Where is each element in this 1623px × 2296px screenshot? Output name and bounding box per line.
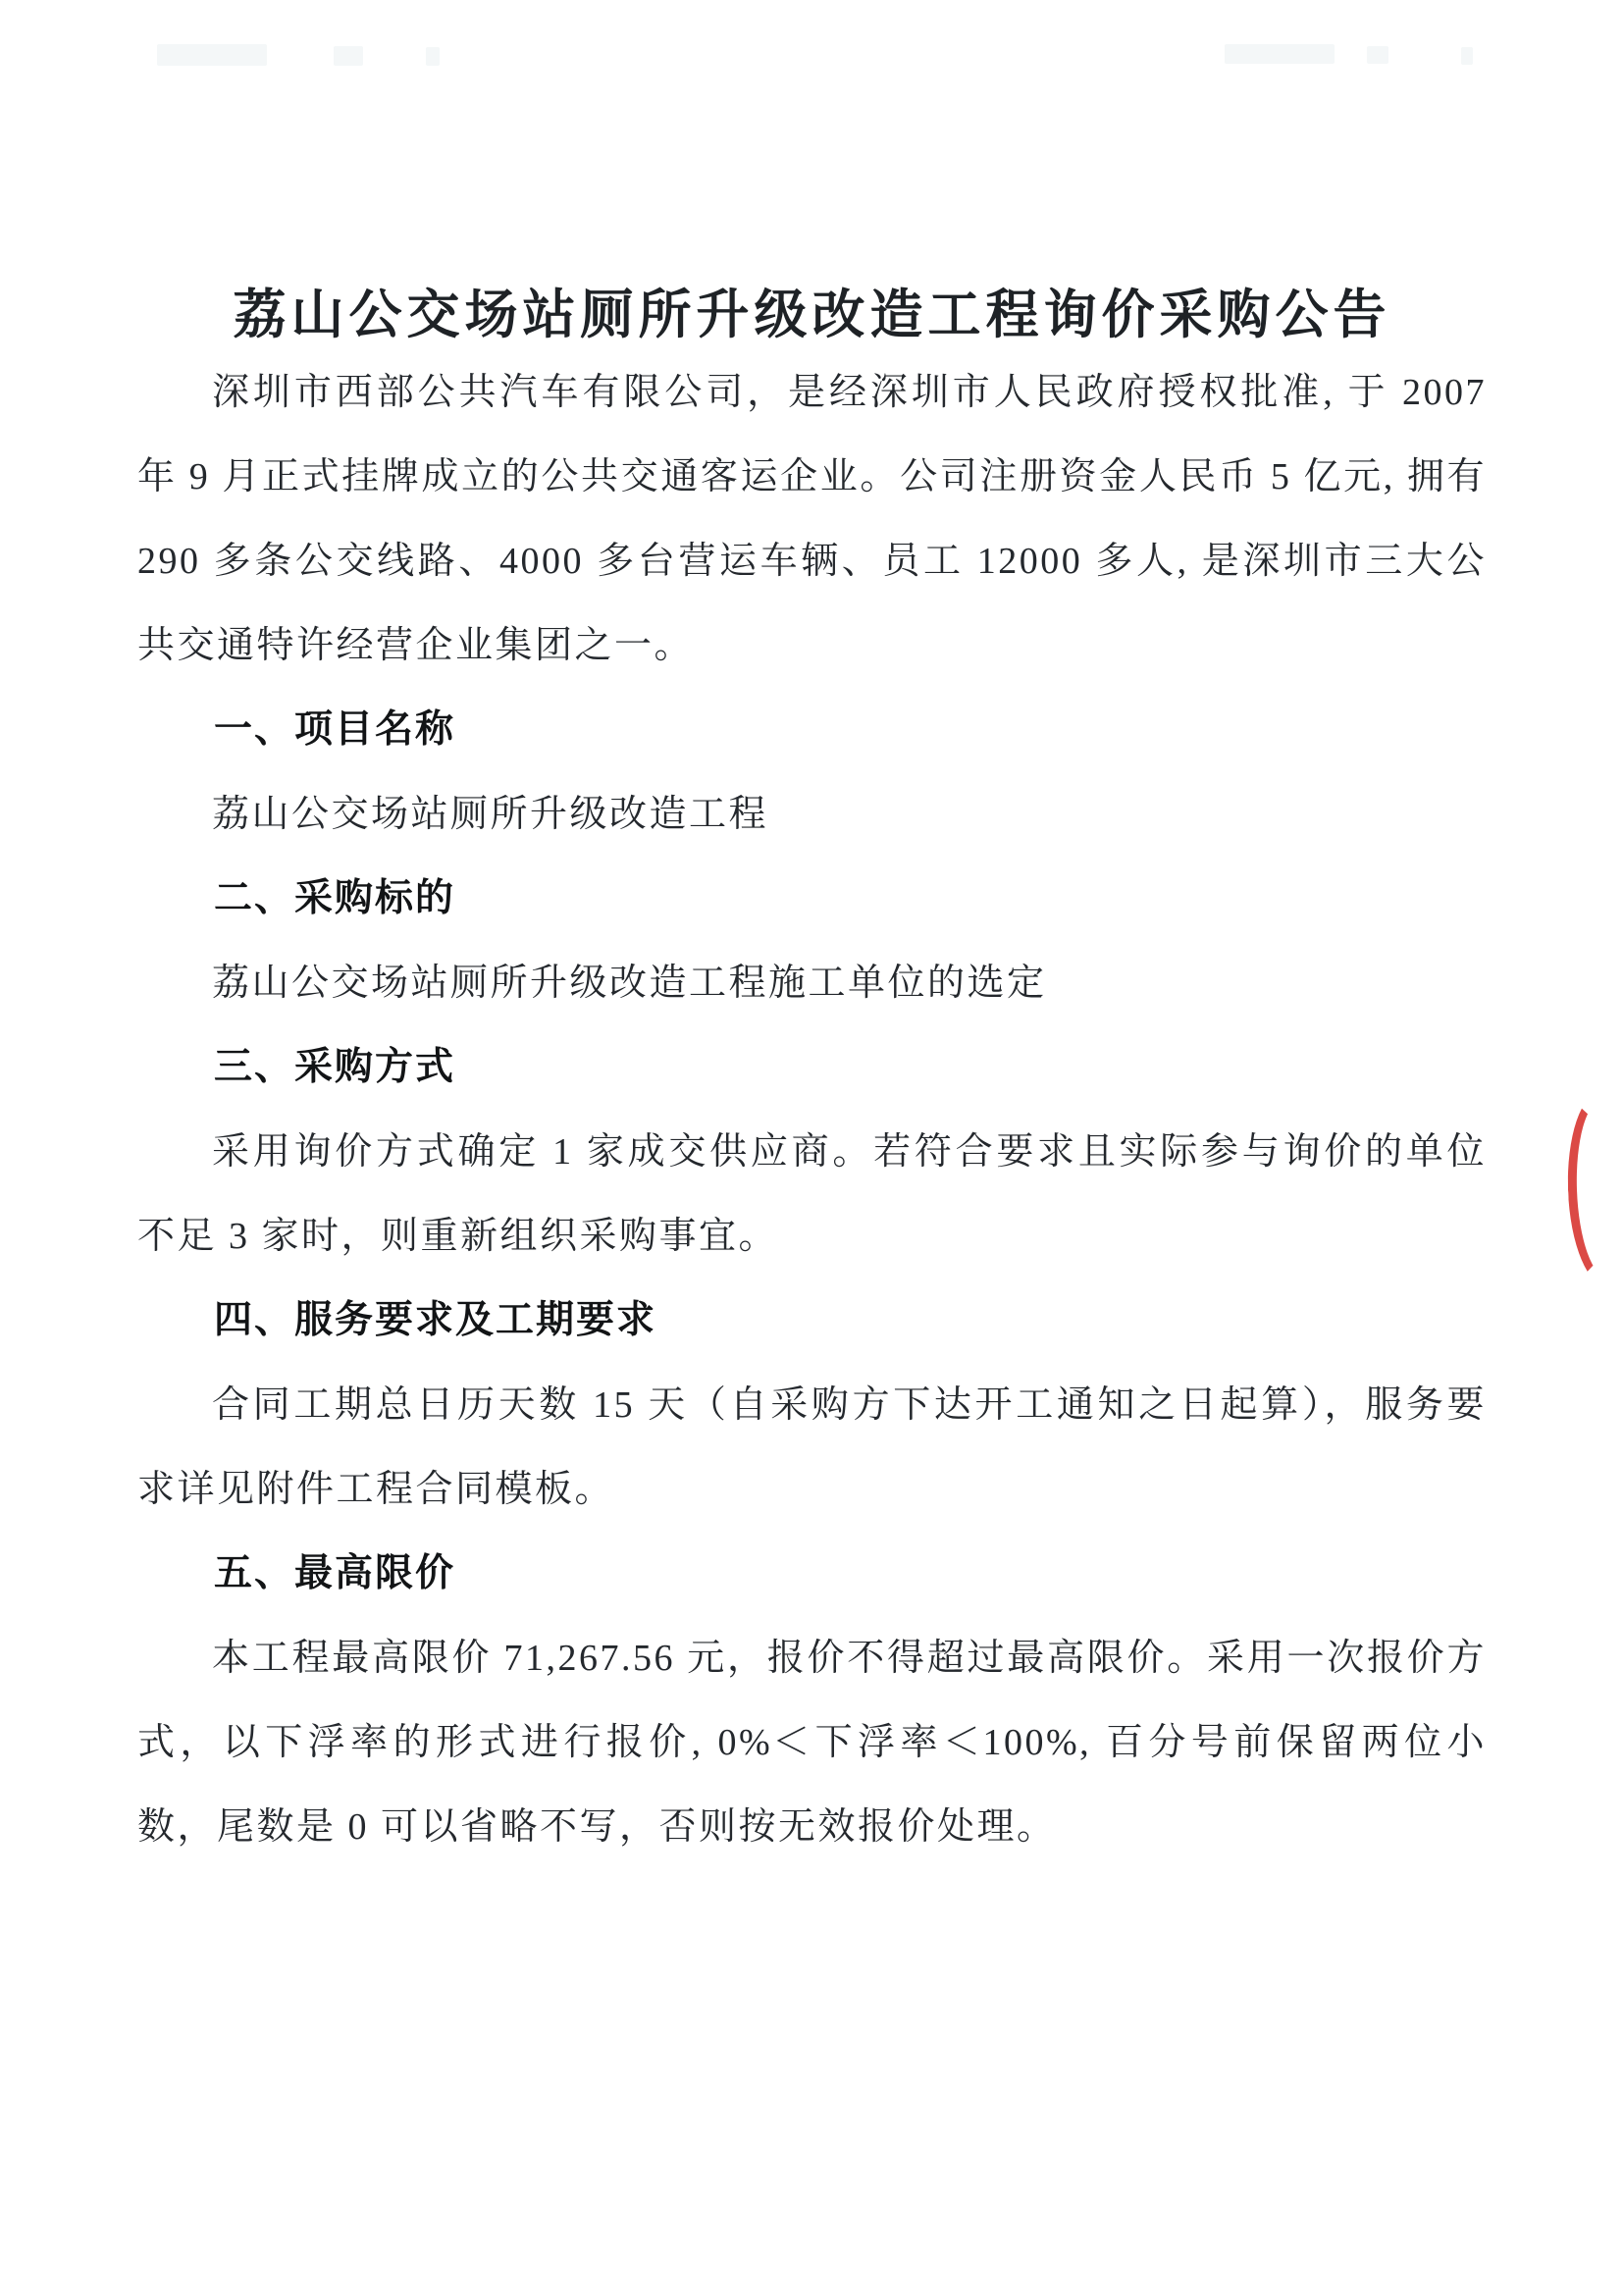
- section-heading-4: 四、服务要求及工期要求: [137, 1278, 1487, 1363]
- scanned-page: 荔山公交场站厕所升级改造工程询价采购公告 深圳市西部公共汽车有限公司，是经深圳市…: [0, 0, 1623, 2296]
- scan-artifact: [1461, 47, 1473, 65]
- section-heading-1: 一、项目名称: [137, 688, 1487, 772]
- section-heading-3: 三、采购方式: [137, 1025, 1487, 1110]
- section-paragraph: 荔山公交场站厕所升级改造工程施工单位的选定: [137, 941, 1487, 1025]
- scan-artifact: [426, 47, 440, 66]
- section-paragraph: 合同工期总日历天数 15 天（自采购方下达开工通知之日起算），服务要求详见附件工…: [137, 1363, 1487, 1532]
- section-paragraph: 采用询价方式确定 1 家成交供应商。若符合要求且实际参与询价的单位不足 3 家时…: [137, 1110, 1487, 1278]
- page-title: 荔山公交场站厕所升级改造工程询价采购公告: [137, 280, 1487, 350]
- scan-artifact: [1367, 46, 1388, 64]
- section-heading-2: 二、采购标的: [137, 857, 1487, 941]
- section-paragraph: 荔山公交场站厕所升级改造工程: [137, 772, 1487, 857]
- intro-paragraph: 深圳市西部公共汽车有限公司，是经深圳市人民政府授权批准, 于 2007 年 9 …: [137, 350, 1487, 688]
- scan-artifact: [1225, 44, 1335, 64]
- scan-artifact: [157, 44, 267, 66]
- scan-artifact: [334, 46, 363, 66]
- red-seal-edge: [1565, 1090, 1623, 1289]
- section-paragraph: 本工程最高限价 71,267.56 元，报价不得超过最高限价。采用一次报价方式，…: [137, 1616, 1487, 1869]
- section-heading-5: 五、最高限价: [137, 1532, 1487, 1616]
- document-body: 荔山公交场站厕所升级改造工程询价采购公告 深圳市西部公共汽车有限公司，是经深圳市…: [137, 280, 1487, 1869]
- sections: 一、项目名称荔山公交场站厕所升级改造工程二、采购标的荔山公交场站厕所升级改造工程…: [137, 688, 1487, 1869]
